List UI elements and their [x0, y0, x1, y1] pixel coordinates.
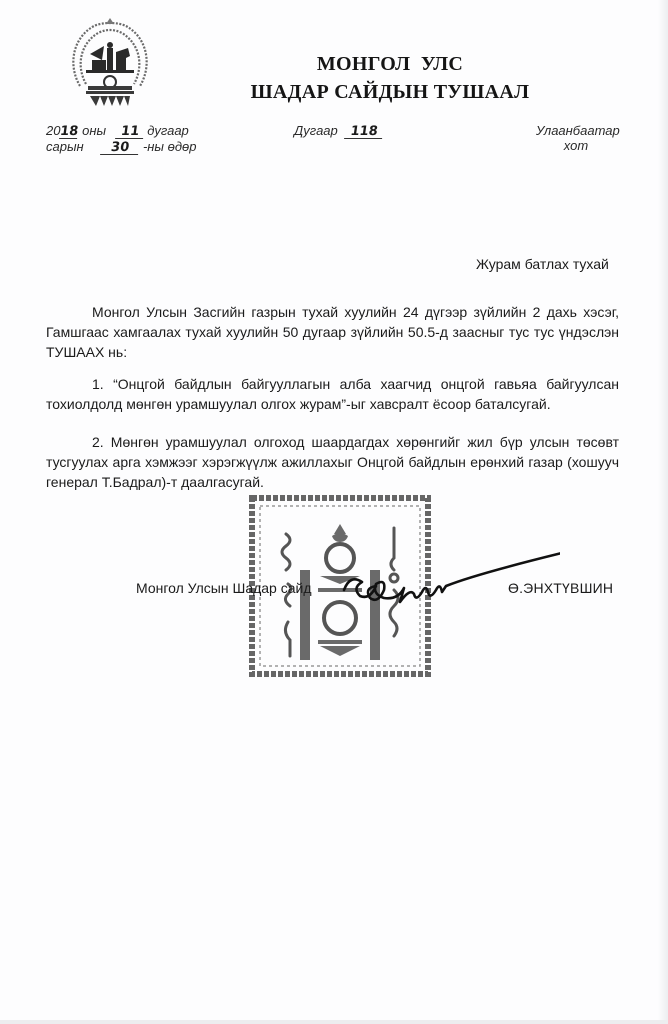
place-city: Улаанбаатар — [536, 123, 616, 138]
body-paragraph-item-2: 2. Мөнгөн урамшуулал олгоход шаардагдах … — [46, 432, 619, 492]
place-type: хот — [536, 138, 616, 153]
day-suffix: -ны өдөр — [143, 139, 197, 154]
order-date: 2018 оны 11 дугаар сарын 30 -ны өдөр — [46, 123, 196, 155]
paragraph-text: 2. Мөнгөн урамшуулал олгоход шаардагдах … — [46, 432, 619, 492]
handwritten-signature-icon — [340, 540, 560, 610]
signatory-title: Монгол Улсын Шадар сайд — [136, 580, 312, 596]
year-prefix: 20 — [46, 123, 60, 138]
order-subject: Журам батлах тухай — [476, 256, 609, 272]
title-country: МОНГОЛ УЛС — [220, 50, 560, 78]
order-place: Улаанбаатар хот — [536, 123, 616, 153]
number-label: Дугаар — [294, 123, 338, 138]
title-order-type: ШАДАР САЙДЫН ТУШААЛ — [220, 78, 560, 106]
page-edge-shadow — [658, 0, 668, 1024]
order-number: Дугаар 118 — [294, 123, 383, 139]
paragraph-text: Монгол Улсын Засгийн газрын тухай хуулий… — [46, 302, 619, 362]
document-title: МОНГОЛ УЛС ШАДАР САЙДЫН ТУШААЛ — [220, 50, 560, 106]
signatory-name: Ө.ЭНХТҮВШИН — [508, 580, 613, 596]
page-bottom-edge — [0, 1020, 668, 1024]
day-prefix: сарын — [46, 139, 84, 154]
number-handwritten: 118 — [344, 125, 384, 139]
paragraph-text: 1. “Онцгой байдлын байгууллагын алба хаа… — [46, 374, 619, 414]
state-emblem-icon — [66, 16, 154, 112]
body-paragraph-preamble: Монгол Улсын Засгийн газрын тухай хуулий… — [46, 302, 619, 362]
day-handwritten: 30 — [100, 141, 140, 155]
month-handwritten: 11 — [115, 125, 145, 139]
body-paragraph-item-1: 1. “Онцгой байдлын байгууллагын алба хаа… — [46, 374, 619, 414]
year-handwritten: 18 — [59, 125, 79, 139]
month-suffix: дугаар — [147, 123, 189, 138]
year-suffix: оны — [82, 123, 106, 138]
